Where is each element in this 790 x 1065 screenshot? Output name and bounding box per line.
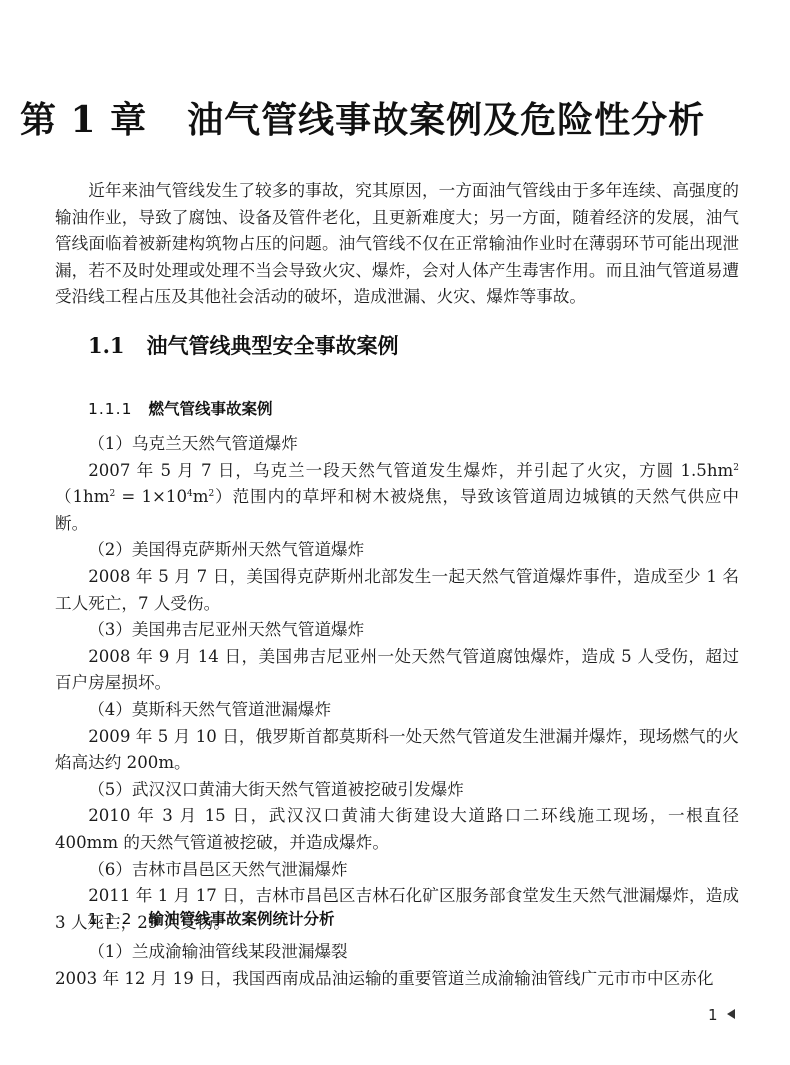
section-number: 1.1: [88, 333, 125, 358]
intro-paragraph: 近年来油气管线发生了较多的事故，究其原因，一方面油气管线由于多年连续、高强度的输…: [55, 178, 739, 311]
case-title: （1）兰成渝输油管线某段泄漏爆裂: [55, 939, 739, 966]
case-body: 2010 年 3 月 15 日，武汉汉口黄浦大街建设大道路口二环线施工现场，一根…: [55, 803, 739, 856]
case-title: （2）美国得克萨斯州天然气管道爆炸: [55, 537, 739, 564]
section-title: 油气管线典型安全事故案例: [147, 334, 399, 358]
chapter-name: 油气管线事故案例及危险性分析: [187, 99, 705, 141]
case-title: （1）乌克兰天然气管道爆炸: [55, 431, 739, 458]
subsection-number: 1.1.1: [88, 400, 132, 418]
chapter-title: 第 1 章油气管线事故案例及危险性分析: [20, 92, 705, 143]
subsection-number: 1.1.2: [88, 910, 132, 928]
case-list-gas: （1）乌克兰天然气管道爆炸 2007 年 5 月 7 日，乌克兰一段天然气管道发…: [55, 431, 739, 936]
case-body: 2009 年 5 月 10 日，俄罗斯首都莫斯科一处天然气管道发生泄漏并爆炸，现…: [55, 724, 739, 777]
case-title: （5）武汉汉口黄浦大街天然气管道被挖破引发爆炸: [55, 777, 739, 804]
case-body: 2007 年 5 月 7 日，乌克兰一段天然气管道发生爆炸，并引起了火灾，方圆 …: [55, 458, 739, 538]
subsection-title: 燃气管线事故案例: [148, 400, 272, 418]
section-heading: 1.1油气管线典型安全事故案例: [88, 330, 399, 360]
subsection-heading-1: 1.1.1燃气管线事故案例: [88, 397, 272, 419]
case-title: （3）美国弗吉尼亚州天然气管道爆炸: [55, 617, 739, 644]
chapter-number: 第 1 章: [20, 99, 147, 141]
subsection-title: 输油管线事故案例统计分析: [148, 910, 334, 928]
page-number: 1: [708, 1006, 718, 1024]
case-body: 2008 年 5 月 7 日，美国得克萨斯州北部发生一起天然气管道爆炸事件，造成…: [55, 564, 739, 617]
case-body: 2008 年 9 月 14 日，美国弗吉尼亚州一处天然气管道腐蚀爆炸，造成 5 …: [55, 644, 739, 697]
case-body: 2003 年 12 月 19 日，我国西南成品油运输的重要管道兰成渝输油管线广元…: [55, 966, 739, 993]
left-triangle-icon: [727, 1009, 735, 1019]
case-title: （6）吉林市昌邑区天然气泄漏爆炸: [55, 857, 739, 884]
case-title: （4）莫斯科天然气管道泄漏爆炸: [55, 697, 739, 724]
case-list-oil: （1）兰成渝输油管线某段泄漏爆裂 2003 年 12 月 19 日，我国西南成品…: [55, 939, 739, 992]
subsection-heading-2: 1.1.2输油管线事故案例统计分析: [88, 907, 334, 929]
